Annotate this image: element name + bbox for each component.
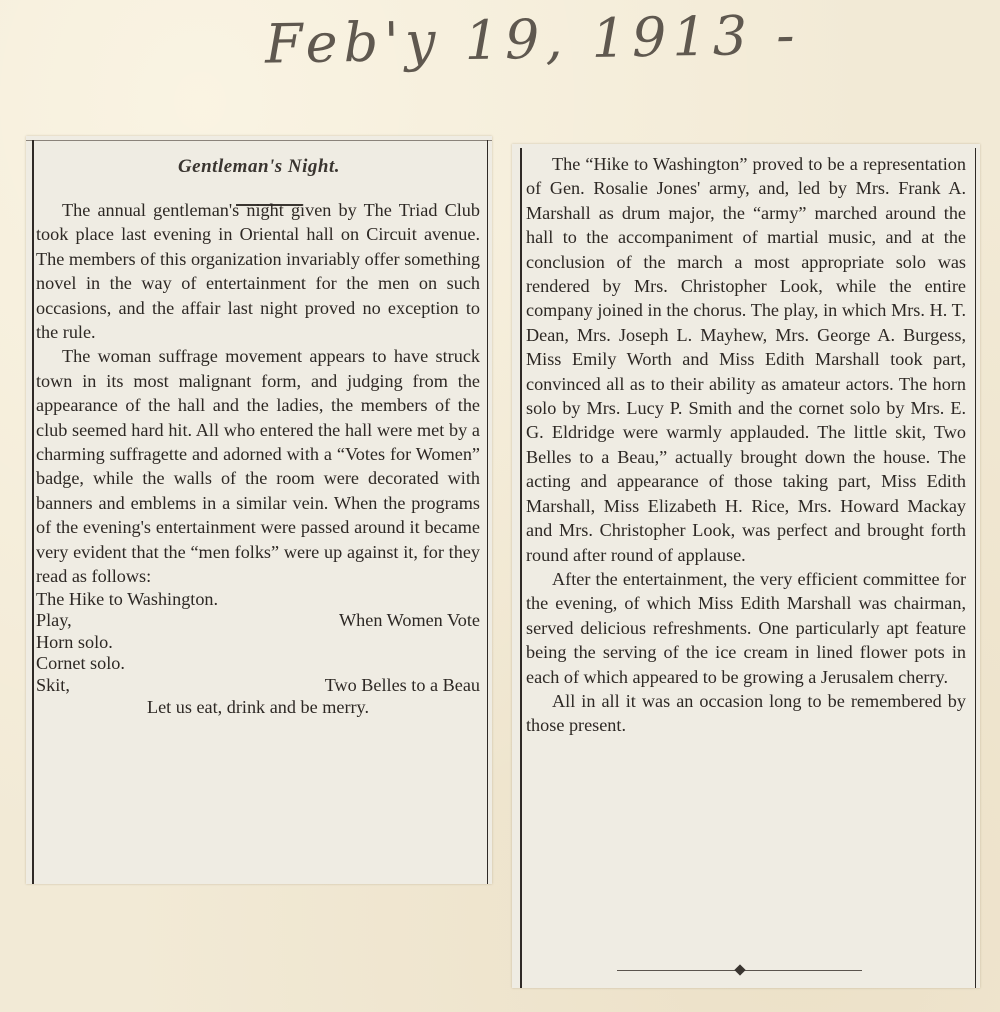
left-column-rule (32, 140, 34, 884)
program-item-label: Horn solo. (36, 632, 113, 654)
clipping-left-column: Gentleman's Night. The annual gentleman'… (26, 136, 492, 884)
program-item: Skit, Two Belles to a Beau (36, 675, 480, 697)
program-item: Horn solo. (36, 632, 480, 654)
right-column-rule (487, 140, 489, 884)
paragraph: All in all it was an occasion long to be… (526, 689, 966, 738)
paragraph: The annual gentleman's night given by Th… (36, 198, 480, 344)
left-column-rule (520, 148, 522, 988)
program-item: Play, When Women Vote (36, 610, 480, 632)
article-headline: Gentleman's Night. (26, 156, 492, 178)
paragraph: After the entertainment, the very effici… (526, 567, 966, 689)
handwritten-date: Feb'y 19, 1913 - (264, 3, 800, 75)
program-item-label: Cornet solo. (36, 653, 125, 675)
diamond-ornament-icon (734, 964, 745, 975)
program-item-label: Skit, (36, 675, 70, 697)
program-item: Cornet solo. (36, 653, 480, 675)
paragraph: The “Hike to Washington” proved to be a … (526, 152, 966, 567)
top-rule (26, 140, 492, 141)
program-item-title: Two Belles to a Beau (325, 675, 480, 697)
program-list: The Hike to Washington. Play, When Women… (36, 589, 480, 719)
left-column-text: The annual gentleman's night given by Th… (36, 198, 480, 718)
program-item-label: The Hike to Washington. (36, 589, 218, 611)
right-column-rule (975, 148, 977, 988)
program-item-title: When Women Vote (339, 610, 480, 632)
right-column-text: The “Hike to Washington” proved to be a … (526, 152, 966, 738)
program-item: The Hike to Washington. (36, 589, 480, 611)
program-item-label: Play, (36, 610, 72, 632)
paragraph: The woman suffrage movement appears to h… (36, 344, 480, 588)
program-closing-line: Let us eat, drink and be merry. (36, 696, 480, 718)
clipping-right-column: The “Hike to Washington” proved to be a … (512, 144, 980, 988)
